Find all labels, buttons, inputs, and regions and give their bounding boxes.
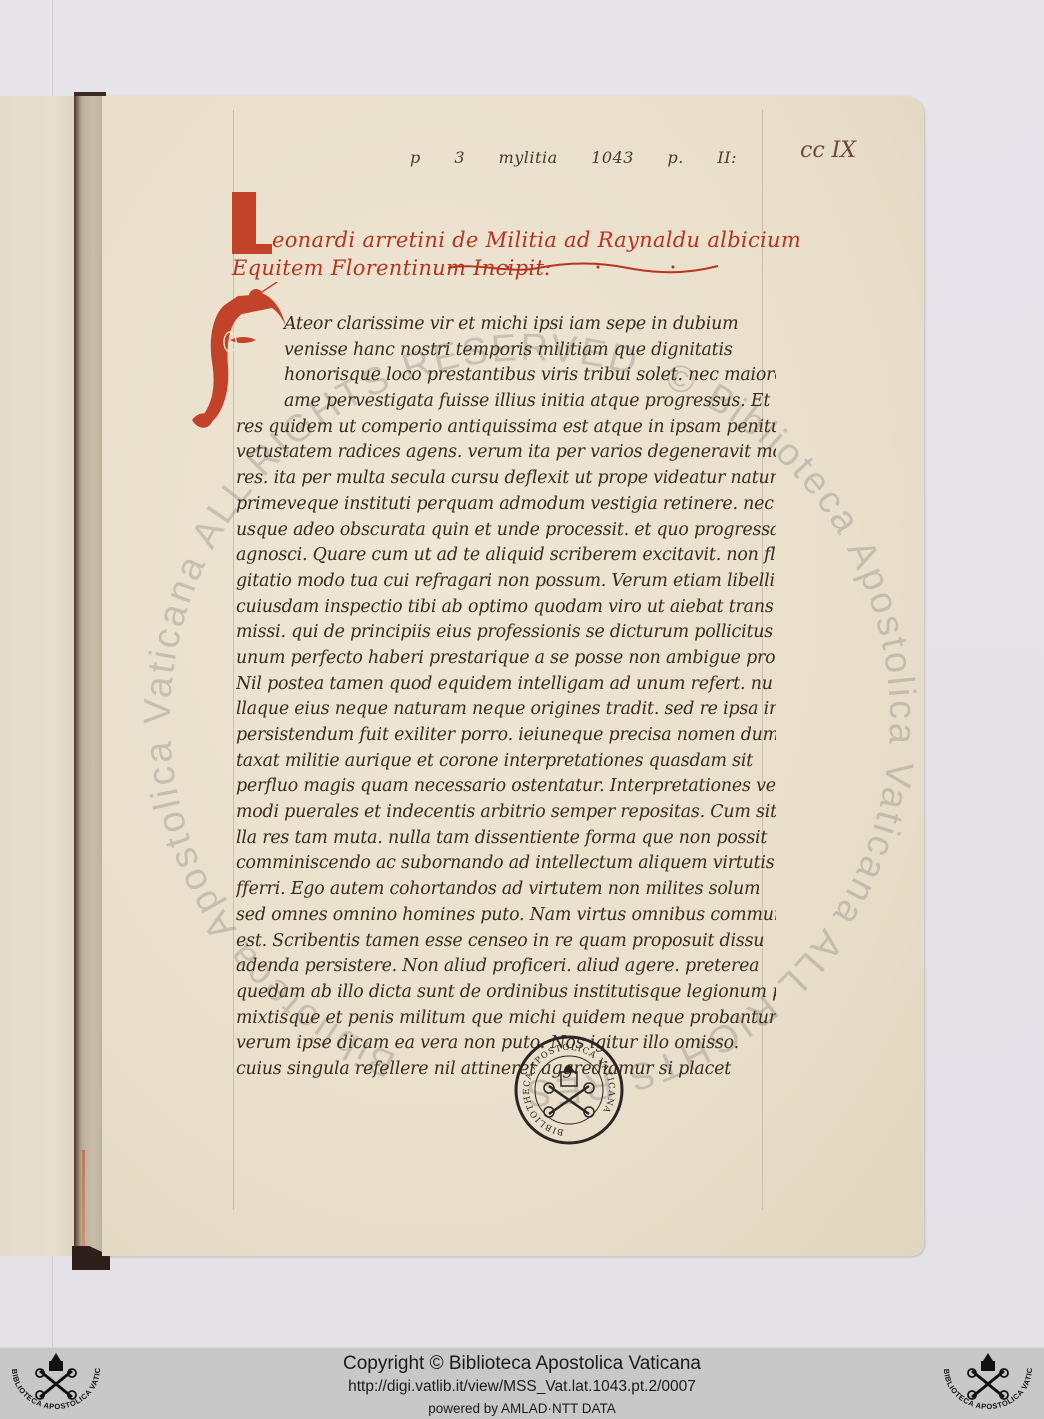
manuscript-text-body: Ateor clarissime vir et michi ipsi iam s…: [236, 312, 776, 1083]
text-line: persistendum fuit exiliter porro. ieiune…: [236, 723, 776, 749]
left-page-edge: [0, 96, 76, 1256]
folio-number: cc IX: [800, 138, 856, 163]
text-line: cuius singula refellere nil attineret ag…: [236, 1057, 776, 1083]
text-line: comminiscendo ac subornando ad intellect…: [236, 851, 776, 877]
text-line: sed omnes omnino homines puto. Nam virtu…: [236, 903, 776, 929]
vatican-library-logo-left: BIBLIOTECA APOSTOLICA VATICANA: [2, 1349, 110, 1419]
text-line: res quidem ut comperio antiquissima est …: [236, 415, 776, 441]
text-line: mixtisque et penis militum que michi qui…: [236, 1006, 776, 1032]
text-line: missi. qui de principiis eius profession…: [236, 620, 776, 646]
text-line: llaque eius neque naturam neque origines…: [236, 697, 776, 723]
text-line: usque adeo obscurata quin et unde proces…: [236, 518, 776, 544]
text-line: modi puerales et indecentis arbitrio sem…: [236, 800, 776, 826]
text-line: perfluo magis quam necessario ostentatur…: [236, 774, 776, 800]
text-line: Ateor clarissime vir et michi ipsi iam s…: [236, 312, 776, 338]
text-line: vetustatem radices agens. verum ita per …: [236, 440, 776, 466]
text-line: honorisque loco prestantibus viris tribu…: [236, 363, 776, 389]
rubric-initial-L: [232, 192, 256, 254]
text-line: lla res tam muta. nulla tam dissentiente…: [236, 826, 776, 852]
spine-thread: [82, 1150, 85, 1250]
library-stamp: BIBLIOTHECA APOSTOLICA VATICANA: [513, 1034, 625, 1146]
text-line: Nil postea tamen quod equidem intelligam…: [236, 672, 776, 698]
text-line: gitatio modo tua cui refragari non possu…: [236, 569, 776, 595]
text-line: verum ipse dicam ea vera non puto. Nos i…: [236, 1031, 776, 1057]
text-line: res. ita per multa secula cursu deflexit…: [236, 466, 776, 492]
text-line: adenda persistere. Non aliud proficeri. …: [236, 954, 776, 980]
text-line: primeveque instituti perquam admodum ves…: [236, 492, 776, 518]
text-line: cuiusdam inspectio tibi ab optimo quodam…: [236, 595, 776, 621]
viewer-footer: Copyright © Biblioteca Apostolica Vatica…: [0, 1347, 1044, 1419]
copyright-text: Copyright © Biblioteca Apostolica Vatica…: [0, 1353, 1044, 1375]
permalink-url[interactable]: http://digi.vatlib.it/view/MSS_Vat.lat.1…: [0, 1378, 1044, 1396]
shelfmark-note: p 3 mylitia 1043 p. II:: [410, 148, 737, 167]
text-line: fferri. Ego autem cohortandos ad virtute…: [236, 877, 776, 903]
text-line: est. Scribentis tamen esse censeo in re …: [236, 929, 776, 955]
vatican-library-logo-right: BIBLIOTECA APOSTOLICA VATICANA: [934, 1349, 1042, 1419]
rubric-line-1: eonardi arretini de Militia ad Raynaldu …: [272, 226, 812, 254]
text-line: quedam ab illo dicta sunt de ordinibus i…: [236, 980, 776, 1006]
text-line: venisse hanc nostri temporis militiam qu…: [236, 338, 776, 364]
text-line: ame pervestigata fuisse illius initia at…: [236, 389, 776, 415]
powered-by-text: powered by AMLAD·NTT DATA: [0, 1401, 1044, 1416]
rubric-flourish-decoration: [448, 262, 718, 274]
text-line: agnosci. Quare cum ut ad te aliquid scri…: [236, 543, 776, 569]
text-line: unum perfecto haberi prestarique a se po…: [236, 646, 776, 672]
text-line: taxat militie aurique et corone interpre…: [236, 749, 776, 775]
svg-text:BIBLIOTHECA APOSTOLICA VATICAN: BIBLIOTHECA APOSTOLICA VATICANA: [522, 1043, 616, 1137]
